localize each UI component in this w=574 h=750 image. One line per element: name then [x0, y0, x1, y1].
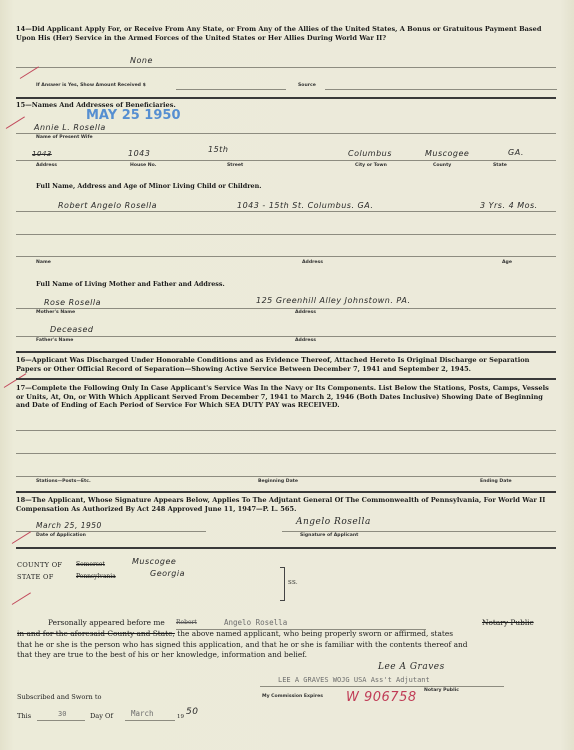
section-divider	[16, 97, 556, 99]
application-date[interactable]: March 25, 1950	[36, 521, 102, 530]
wife-name[interactable]: Annie L. Rosella	[34, 123, 106, 132]
state-of-label: STATE OF	[17, 573, 54, 581]
question-16-text: 16—Applicant Was Discharged Under Honora…	[16, 356, 556, 373]
state-label: State	[493, 163, 507, 168]
commission-label: My Commission Expires	[262, 694, 323, 699]
state[interactable]: GA.	[508, 148, 524, 157]
father-label: Father's Name	[36, 338, 73, 343]
notary-signature[interactable]: Lee A Graves	[378, 662, 445, 672]
section-divider	[16, 491, 556, 493]
child-name[interactable]: Robert Angelo Rosella	[58, 201, 157, 210]
question-17-text: 17—Complete the Following Only In Case A…	[16, 384, 556, 410]
oath-line-4: that they are true to the best of his or…	[17, 650, 307, 659]
personally-appeared-lead: Personally appeared before me	[48, 618, 165, 629]
child-age[interactable]: 3 Yrs. 4 Mos.	[480, 201, 538, 210]
house-no-label: House No.	[130, 163, 156, 168]
check-mark-icon	[20, 66, 39, 79]
amount-label: If Answer is Yes, Show Amount Received $	[36, 83, 146, 88]
notary-struck: Notary Public	[482, 618, 534, 629]
street[interactable]: 15th	[208, 145, 228, 154]
county-value[interactable]: Muscogee	[132, 557, 176, 566]
notary-public-label: Notary Public	[424, 688, 459, 693]
child-address[interactable]: 1043 - 15th St. Columbus. GA.	[237, 201, 373, 210]
source-field[interactable]	[325, 89, 557, 90]
service-line-2[interactable]	[16, 453, 556, 454]
mother-label: Mother's Name	[36, 310, 75, 315]
house-number[interactable]: 1043	[128, 149, 150, 158]
oath-struck: in and for the aforesaid County and Stat…	[17, 629, 175, 638]
state-struck: Pennsylvania	[76, 573, 116, 580]
county-of-label: COUNTY OF	[17, 561, 62, 569]
year-suffix[interactable]: 50	[186, 707, 198, 717]
mother-line	[16, 308, 556, 309]
father-line	[16, 336, 556, 337]
child-name-label: Name	[36, 260, 51, 265]
notary-typed-name: LEE A GRAVES WOJG USA Ass't Adjutant	[278, 676, 430, 684]
child-address-label: Address	[302, 260, 323, 265]
service-line-3[interactable]	[16, 476, 556, 477]
child-age-label: Age	[502, 260, 512, 265]
month-line	[125, 720, 175, 721]
amount-field[interactable]	[176, 89, 286, 90]
mother-name[interactable]: Rose Rosella	[44, 298, 101, 307]
beginning-date-label: Beginning Date	[258, 479, 298, 484]
oath-paragraph: in and for the aforesaid County and Stat…	[17, 629, 557, 661]
wife-label: Name of Present Wife	[36, 135, 93, 140]
question-14-text: 14—Did Applicant Apply For, or Receive F…	[16, 25, 556, 42]
county[interactable]: Muscogee	[425, 149, 469, 158]
notary-line	[260, 686, 504, 687]
q14-answer-line	[16, 67, 556, 68]
address-line	[16, 160, 556, 161]
day-line	[37, 720, 85, 721]
check-mark-icon	[12, 531, 31, 544]
oath-line-3: that he or she is the person who has sig…	[17, 640, 467, 649]
date-label: Date of Application	[36, 533, 86, 538]
county-struck: Somerset	[76, 561, 105, 568]
parents-heading: Full Name of Living Mother and Father an…	[36, 280, 225, 289]
appeared-struck: Robert	[176, 619, 197, 626]
appeared-name[interactable]: Angelo Rosella	[224, 618, 287, 627]
child-line-2	[16, 234, 556, 235]
signature-label: Signature of Applicant	[300, 533, 358, 538]
year-prefix: 19	[177, 712, 184, 723]
address-struck[interactable]: 1043	[32, 150, 52, 158]
red-ink-mark: W 906758	[346, 690, 417, 705]
stations-label: Stations—Posts—Etc.	[36, 479, 91, 484]
bracket	[280, 567, 285, 601]
child-line-1	[16, 211, 556, 212]
street-label: Street	[227, 163, 243, 168]
received-date-stamp: MAY 25 1950	[86, 108, 181, 123]
wife-name-line	[16, 133, 556, 134]
question-18-text: 18—The Applicant, Whose Signature Appear…	[16, 496, 556, 513]
children-heading: Full Name, Address and Age of Minor Livi…	[36, 182, 262, 191]
section-divider	[16, 547, 556, 549]
father-address-label: Address	[295, 338, 316, 343]
father-name[interactable]: Deceased	[50, 325, 93, 334]
date-line	[16, 531, 206, 532]
ending-date-label: Ending Date	[480, 479, 512, 484]
service-line-1[interactable]	[16, 430, 556, 431]
mother-address[interactable]: 125 Greenhill Alley Johnstown. PA.	[256, 296, 411, 305]
address-label: Address	[36, 163, 57, 168]
application-page: 14—Did Applicant Apply For, or Receive F…	[0, 0, 574, 750]
this-label: This	[17, 711, 31, 722]
mother-address-label: Address	[295, 310, 316, 315]
check-mark-icon	[6, 116, 25, 129]
q14-answer[interactable]: None	[130, 56, 153, 65]
check-mark-icon	[12, 592, 31, 605]
ss-label: SS.	[288, 580, 298, 586]
subscribed-label: Subscribed and Sworn to	[17, 692, 102, 703]
day-value[interactable]: 30	[58, 710, 66, 718]
signature-line	[282, 531, 556, 532]
day-of-label: Day Of	[90, 711, 113, 722]
applicant-signature[interactable]: Angelo Rosella	[296, 517, 371, 527]
month-value[interactable]: March	[131, 709, 154, 718]
source-label: Source	[298, 83, 316, 88]
child-line-3	[16, 256, 556, 257]
section-divider	[16, 378, 556, 380]
oath-line-2: the above named applicant, who being pro…	[175, 629, 453, 638]
city-label: City or Town	[355, 163, 387, 168]
state-value[interactable]: Georgia	[150, 569, 185, 578]
county-label: County	[433, 163, 451, 168]
city[interactable]: Columbus	[348, 149, 392, 158]
section-divider	[16, 351, 556, 353]
